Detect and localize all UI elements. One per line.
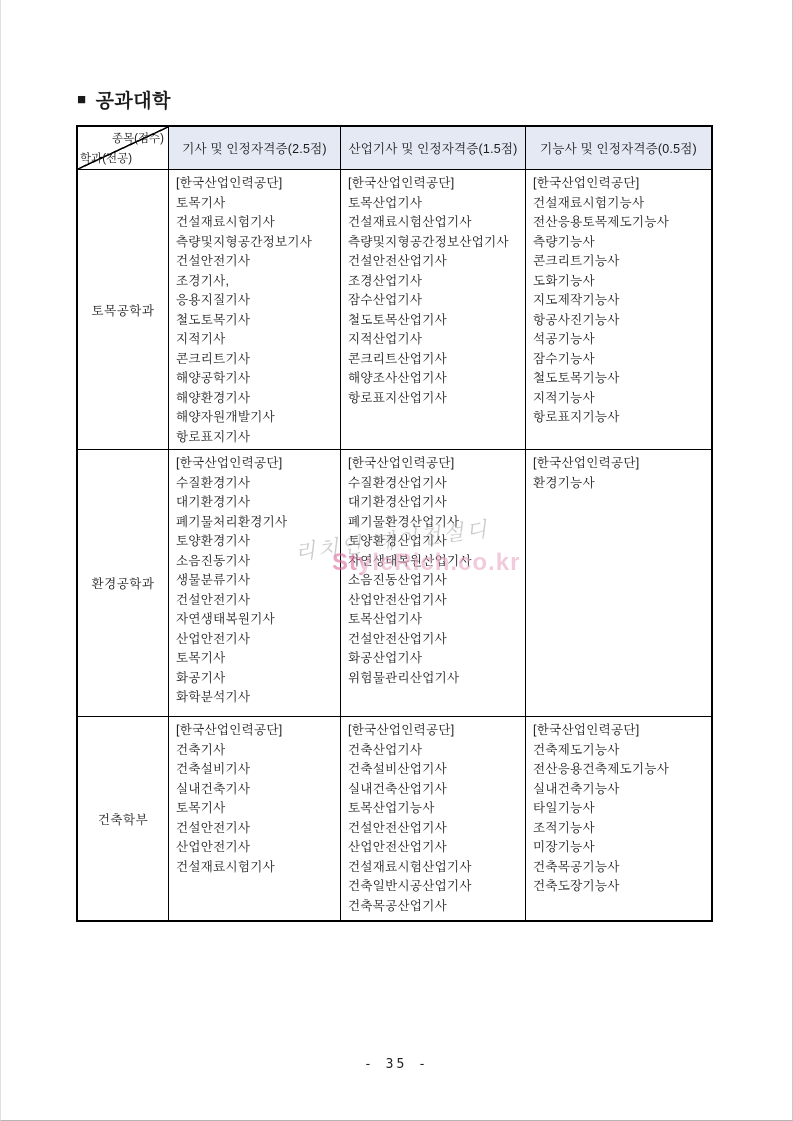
cert-list-cell-gineungsa: [한국산업인력공단]건설재료시험기능사전산응용토목제도기능사측량기능사콘크리트기… (525, 170, 711, 449)
certificate-item: 산업안전기사 (176, 838, 334, 858)
certificate-item: 건설재료시험기능사 (533, 194, 705, 214)
certificate-item: 항로표지산업기사 (348, 389, 519, 409)
certificate-item: [한국산업인력공단] (348, 174, 519, 194)
certificate-item: [한국산업인력공단] (533, 454, 705, 474)
corner-label-bottom: 학과(전공) (80, 150, 132, 166)
certificate-item: 토목산업기사 (348, 610, 519, 630)
page-number: - 35 - (1, 1057, 792, 1072)
square-bullet-icon: ■ (77, 92, 87, 107)
page-title: 공과대학 (96, 86, 171, 113)
certificate-item: 토양환경산업기사 (348, 532, 519, 552)
table-row-civil-engineering: 토목공학과 [한국산업인력공단]토목기사건설재료시험기사측량및지형공간정보기사건… (78, 169, 711, 449)
cert-list-cell-sanup-gisa: [한국산업인력공단]건축산업기사건축설비산업기사실내건축산업기사토목산업기능사건… (340, 717, 525, 920)
certificate-item: 해양공학기사 (176, 369, 334, 389)
certificate-item: 대기환경산업기사 (348, 493, 519, 513)
certificate-item: 건축목공산업기사 (348, 897, 519, 917)
certificate-item: 측량및지형공간정보산업기사 (348, 233, 519, 253)
certificate-item: 조경기사, (176, 272, 334, 292)
certificate-item: 잠수산업기사 (348, 291, 519, 311)
certificate-item: 지적기사 (176, 330, 334, 350)
certificate-item: [한국산업인력공단] (176, 454, 334, 474)
certificate-item: 지적산업기사 (348, 330, 519, 350)
certificate-item: 건축기사 (176, 741, 334, 761)
certificate-item: 전산응용건축제도기능사 (533, 760, 705, 780)
certificate-item: 실내건축기사 (176, 780, 334, 800)
certificate-item: 콘크리트기사 (176, 350, 334, 370)
certificate-item: 건설안전기사 (176, 252, 334, 272)
corner-label-top: 종목(점수) (112, 130, 164, 146)
certificate-item: 건설재료시험기사 (176, 858, 334, 878)
certificate-item: 건설재료시험산업기사 (348, 213, 519, 233)
certificate-item: 토목산업기능사 (348, 799, 519, 819)
header-cell-gineungsa: 기능사 및 인정자격증(0.5점) (525, 127, 711, 169)
certificate-item: 건설안전산업기사 (348, 252, 519, 272)
certificate-item: 조적기능사 (533, 819, 705, 839)
certificate-item: 석공기능사 (533, 330, 705, 350)
certificate-item: 토목기사 (176, 799, 334, 819)
certificate-item: 지도제작기능사 (533, 291, 705, 311)
table-row-environmental-engineering: 환경공학과 [한국산업인력공단]수질환경기사대기환경기사폐기물처리환경기사토양환… (78, 449, 711, 716)
certificate-item: 산업안전산업기사 (348, 591, 519, 611)
certificate-item: [한국산업인력공단] (533, 721, 705, 741)
certificate-item: 건축설비산업기사 (348, 760, 519, 780)
certificate-item: 소음진동산업기사 (348, 571, 519, 591)
certificate-item: 측량및지형공간정보기사 (176, 233, 334, 253)
certificate-item: 환경기능사 (533, 474, 705, 494)
certificate-item: 생물분류기사 (176, 571, 334, 591)
certificate-item: 철도토목기사 (176, 311, 334, 331)
cert-list-cell-gisa: [한국산업인력공단]토목기사건설재료시험기사측량및지형공간정보기사건설안전기사조… (168, 170, 340, 449)
certificate-item: 수질환경기사 (176, 474, 334, 494)
certificate-item: 항로표지기사 (176, 428, 334, 448)
certificate-item: [한국산업인력공단] (348, 454, 519, 474)
certificate-item: 건축도장기능사 (533, 877, 705, 897)
certificate-item: 실내건축기능사 (533, 780, 705, 800)
certificate-item: 건설재료시험산업기사 (348, 858, 519, 878)
certificate-item: 화학분석기사 (176, 688, 334, 708)
certificate-item: 콘크리트기능사 (533, 252, 705, 272)
header-cell-sanup-gisa: 산업기사 및 인정자격증(1.5점) (340, 127, 525, 169)
certificate-item: [한국산업인력공단] (176, 721, 334, 741)
document-page: ■ 공과대학 종목(점수) 학과(전공) 기사 및 인정자격증(2.5점) 산업… (0, 0, 793, 1121)
certificate-item: 건축일반시공산업기사 (348, 877, 519, 897)
cert-list-cell-sanup-gisa: [한국산업인력공단]수질환경산업기사대기환경산업기사폐기물환경산업기사토양환경산… (340, 450, 525, 716)
certificate-item: 해양조사산업기사 (348, 369, 519, 389)
department-cell: 토목공학과 (78, 170, 168, 449)
certificate-item: 해양자원개발기사 (176, 408, 334, 428)
certificate-item: 타일기능사 (533, 799, 705, 819)
section-title: ■ 공과대학 (77, 86, 171, 113)
certificate-item: 철도토목기능사 (533, 369, 705, 389)
certificate-item: 화공산업기사 (348, 649, 519, 669)
certificate-item: 폐기물환경산업기사 (348, 513, 519, 533)
certificate-item: 응용지질기사 (176, 291, 334, 311)
certificate-item: 폐기물처리환경기사 (176, 513, 334, 533)
certificate-item: 건설안전기사 (176, 819, 334, 839)
certificate-item: [한국산업인력공단] (533, 174, 705, 194)
certificate-item: [한국산업인력공단] (348, 721, 519, 741)
cert-list-cell-gineungsa: [한국산업인력공단]환경기능사 (525, 450, 711, 716)
cert-list-cell-gisa: [한국산업인력공단]건축기사건축설비기사실내건축기사토목기사건설안전기사산업안전… (168, 717, 340, 920)
certificate-item: 소음진동기사 (176, 552, 334, 572)
certificate-item: 토목기사 (176, 194, 334, 214)
certificate-item: 건축설비기사 (176, 760, 334, 780)
cert-list-cell-gisa: [한국산업인력공단]수질환경기사대기환경기사폐기물처리환경기사토양환경기사소음진… (168, 450, 340, 716)
certificate-item: 건축목공기능사 (533, 858, 705, 878)
certificate-item: 건설재료시험기사 (176, 213, 334, 233)
certificate-item: 지적기능사 (533, 389, 705, 409)
certificate-table: 종목(점수) 학과(전공) 기사 및 인정자격증(2.5점) 산업기사 및 인정… (76, 125, 713, 922)
certificate-item: 측량기능사 (533, 233, 705, 253)
certificate-item: 미장기능사 (533, 838, 705, 858)
certificate-item: 건설안전산업기사 (348, 630, 519, 650)
certificate-item: [한국산업인력공단] (176, 174, 334, 194)
certificate-item: 잠수기능사 (533, 350, 705, 370)
certificate-item: 해양환경기사 (176, 389, 334, 409)
certificate-item: 토양환경기사 (176, 532, 334, 552)
certificate-item: 건축산업기사 (348, 741, 519, 761)
certificate-item: 조경산업기사 (348, 272, 519, 292)
certificate-item: 자연생태복원기사 (176, 610, 334, 630)
department-cell: 환경공학과 (78, 450, 168, 716)
certificate-item: 전산응용토목제도기능사 (533, 213, 705, 233)
table-header-row: 종목(점수) 학과(전공) 기사 및 인정자격증(2.5점) 산업기사 및 인정… (78, 127, 711, 169)
certificate-item: 산업안전기사 (176, 630, 334, 650)
certificate-item: 수질환경산업기사 (348, 474, 519, 494)
certificate-item: 자연생태복원산업기사 (348, 552, 519, 572)
cert-list-cell-gineungsa: [한국산업인력공단]건축제도기능사전산응용건축제도기능사실내건축기능사타일기능사… (525, 717, 711, 920)
certificate-item: 항로표지기능사 (533, 408, 705, 428)
certificate-item: 철도토목산업기사 (348, 311, 519, 331)
department-cell: 건축학부 (78, 717, 168, 920)
certificate-item: 콘크리트산업기사 (348, 350, 519, 370)
certificate-item: 대기환경기사 (176, 493, 334, 513)
header-cell-gisa: 기사 및 인정자격증(2.5점) (168, 127, 340, 169)
cert-list-cell-sanup-gisa: [한국산업인력공단]토목산업기사건설재료시험산업기사측량및지형공간정보산업기사건… (340, 170, 525, 449)
certificate-item: 도화기능사 (533, 272, 705, 292)
certificate-item: 토목산업기사 (348, 194, 519, 214)
table-row-architecture: 건축학부 [한국산업인력공단]건축기사건축설비기사실내건축기사토목기사건설안전기… (78, 716, 711, 920)
header-corner-cell: 종목(점수) 학과(전공) (78, 127, 168, 169)
certificate-item: 화공기사 (176, 669, 334, 689)
certificate-item: 산업안전산업기사 (348, 838, 519, 858)
certificate-item: 토목기사 (176, 649, 334, 669)
certificate-item: 실내건축산업기사 (348, 780, 519, 800)
certificate-item: 위험물관리산업기사 (348, 669, 519, 689)
certificate-item: 건축제도기능사 (533, 741, 705, 761)
certificate-item: 건설안전기사 (176, 591, 334, 611)
certificate-item: 건설안전산업기사 (348, 819, 519, 839)
certificate-item: 항공사진기능사 (533, 311, 705, 331)
